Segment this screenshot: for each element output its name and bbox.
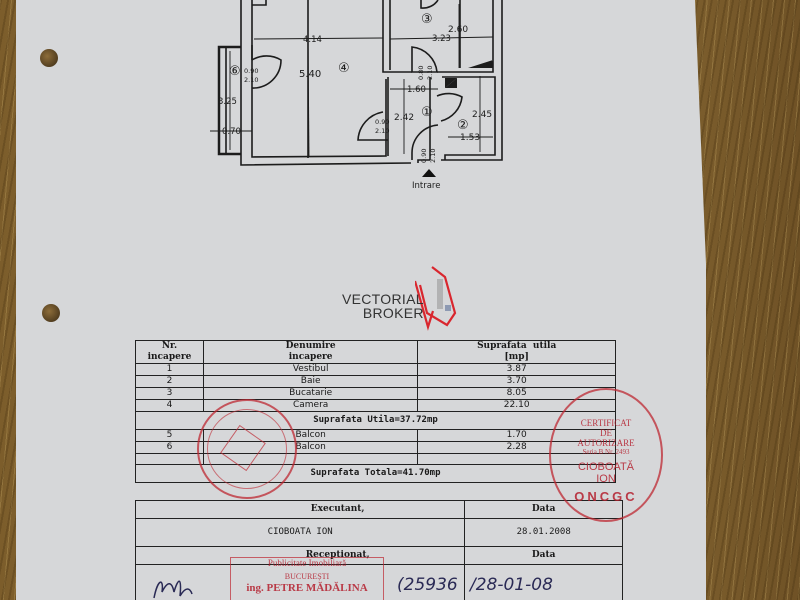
receptionat-date-label: Data xyxy=(465,547,623,565)
watermark-line-1: VECTORIAL xyxy=(342,292,424,306)
usable-area-total-row: Suprafata Utila=37.72mp xyxy=(136,412,616,430)
executant-name: CIOBOATA ION xyxy=(136,519,465,547)
total-area: Suprafata Totala=41.70mp xyxy=(136,465,616,483)
dim-2-60: 2.60 xyxy=(448,25,468,35)
header-area: Suprafata utila[mp] xyxy=(418,341,616,364)
room-4-marker: ④ xyxy=(338,61,350,76)
executant-date: 28.01.2008 xyxy=(465,519,623,547)
entry-label: Intrare xyxy=(412,181,440,191)
table-row: 1Vestibul3.87 xyxy=(136,364,616,376)
total-area-row: Suprafata Totala=41.70mp xyxy=(136,465,616,483)
header-name: Denumireincapere xyxy=(203,341,417,364)
dim-0-70: 0.70 xyxy=(222,127,241,137)
dim-4-14: 4.14 xyxy=(303,35,322,45)
signature-icon xyxy=(150,572,205,600)
executant-date-label: Data xyxy=(465,501,623,519)
table-row: 4Camera22.10 xyxy=(136,400,616,412)
table-header: Nr.incapere Denumireincapere Suprafata u… xyxy=(136,341,616,364)
table-row: 3Bucatarie8.05 xyxy=(136,388,616,400)
room-area-table: Nr.incapere Denumireincapere Suprafata u… xyxy=(135,340,616,483)
door-bath-width: 0.80 xyxy=(417,66,425,80)
handwritten-registration-number: (25936 xyxy=(397,575,458,595)
door-entry-height: 2.10 xyxy=(429,149,437,163)
executant-label: Executant, xyxy=(136,501,465,519)
usable-area-total: Suprafata Utila=37.72mp xyxy=(136,412,616,430)
header-nr: Nr.incapere xyxy=(136,341,204,364)
table-blank-row xyxy=(136,454,616,465)
room-6-marker: ⑥ xyxy=(229,64,241,79)
door-4-height: 2.10 xyxy=(375,127,389,135)
registry-stamp: Publicitate Imobiliară BUCUREȘTI ing. PE… xyxy=(230,557,384,600)
room-3-marker: ③ xyxy=(421,12,433,27)
dim-5-40: 5.40 xyxy=(299,69,321,80)
dim-1-60: 1.60 xyxy=(407,85,426,95)
door-bath-height: 2.10 xyxy=(426,66,434,80)
door-6-height: 2.10 xyxy=(244,76,258,84)
handwritten-reception-date: /28-01-08 xyxy=(470,575,553,595)
table-row: 6Balcon2.28 xyxy=(136,442,616,454)
dim-3-25: 3.25 xyxy=(218,97,237,107)
dim-2-42: 2.42 xyxy=(394,113,414,123)
room-2-marker: ② xyxy=(457,118,469,133)
room-1-marker: ① xyxy=(421,105,433,120)
door-6-width: 0.90 xyxy=(244,67,258,75)
dim-1-53: 1.53 xyxy=(460,133,480,143)
watermark-brand: VECTORIAL BROKER xyxy=(342,292,424,320)
table-row: 5Balcon1.70 xyxy=(136,430,616,442)
watermark-line-2: BROKER xyxy=(342,306,424,320)
door-4-width: 0.90 xyxy=(375,118,389,126)
door-entry-width: 0.90 xyxy=(420,149,428,163)
dim-2-45: 2.45 xyxy=(472,110,492,120)
table-row: 2Baie3.70 xyxy=(136,376,616,388)
dim-3-23: 3.23 xyxy=(432,34,451,44)
